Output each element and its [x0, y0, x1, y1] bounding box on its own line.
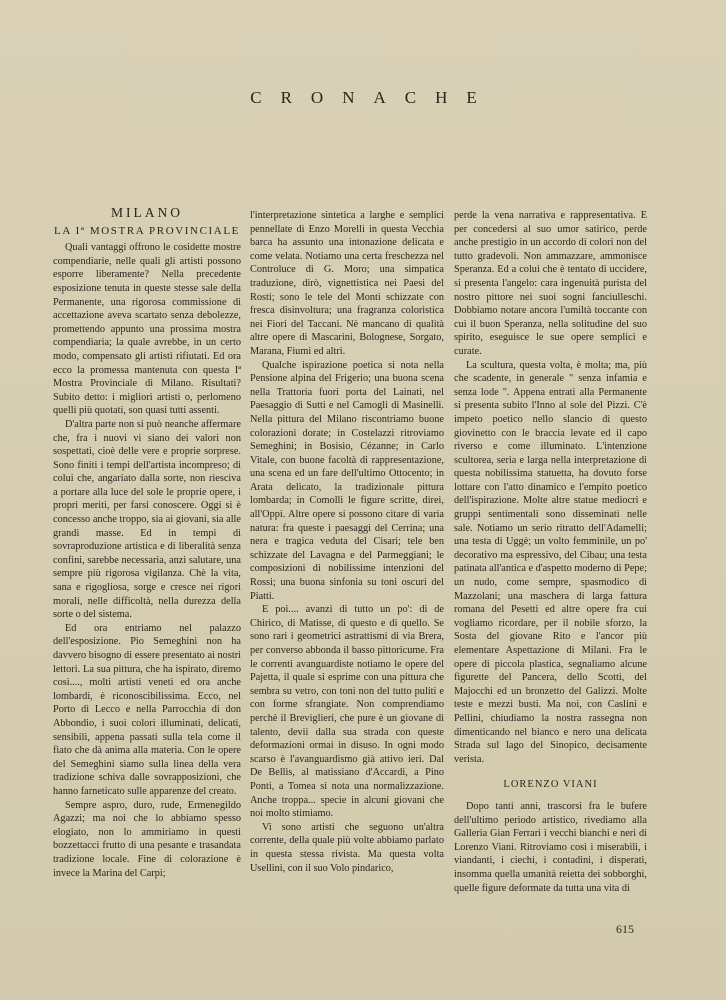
page-number: 615: [616, 922, 634, 937]
column-2: l'interpretazione sintetica a larghe e s…: [250, 209, 444, 875]
paragraph: Qualche ispirazione poetica si nota nell…: [250, 359, 444, 604]
magazine-page: CRONACHE MILANO LA Iª MOSTRA PROVINCIALE…: [0, 0, 726, 1000]
paragraph: D'altra parte non si può neanche afferma…: [53, 418, 241, 622]
paragraph: Vi sono artisti che seguono un'altra cor…: [250, 821, 444, 875]
paragraph: Ed ora entriamo nel palazzo dell'esposiz…: [53, 622, 241, 799]
page-title: CRONACHE: [0, 88, 726, 108]
section-title-milano: MILANO: [53, 206, 241, 220]
paragraph: Sempre aspro, duro, rude, Ermenegildo Ag…: [53, 799, 241, 881]
paragraph: E poi.... avanzi di tutto un po': di de …: [250, 603, 444, 821]
paragraph: l'interpretazione sintetica a larghe e s…: [250, 209, 444, 359]
subsection-title-lorenzo-viani: LORENZO VIANI: [454, 778, 647, 792]
paragraph: Quali vantaggi offrono le cosidette most…: [53, 241, 241, 418]
paragraph: Dopo tanti anni, trascorsi fra le bufere…: [454, 800, 647, 895]
column-1: MILANO LA Iª MOSTRA PROVINCIALE Quali va…: [53, 206, 241, 880]
column-3: perde la vena narrativa e rappresentativ…: [454, 209, 647, 895]
subtitle-mostra-provinciale: LA Iª MOSTRA PROVINCIALE: [53, 225, 241, 239]
paragraph: perde la vena narrativa e rappresentativ…: [454, 209, 647, 359]
paragraph: La scultura, questa volta, è molta; ma, …: [454, 359, 647, 767]
